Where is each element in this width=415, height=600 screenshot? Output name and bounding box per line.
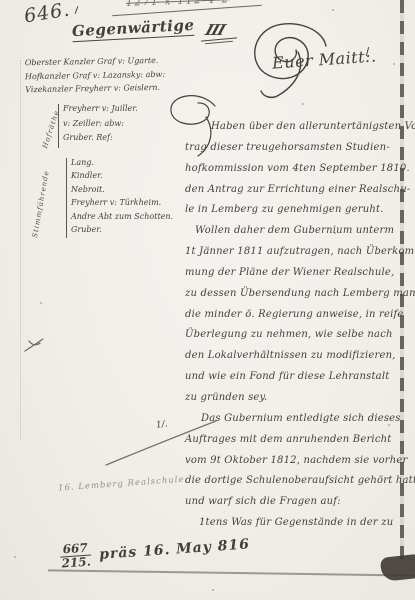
body-line: Wollen daher dem Gubernium unterm xyxy=(195,221,405,242)
body-line: zu dessen Übersendung nach Lemberg man xyxy=(185,284,405,305)
body-line: den Lokalverhältnissen zu modifizieren, xyxy=(185,346,405,367)
margin-label-group2: Stimmführende xyxy=(31,170,51,239)
body-line: Das Gubernium entledigte sich dieses xyxy=(201,409,405,430)
scan-speck xyxy=(40,302,42,304)
margin-check-mark xyxy=(22,334,48,356)
body-line: den Antrag zur Errichtung einer Realschu… xyxy=(185,180,405,201)
attendee-line: v: Zeiller: abw: xyxy=(63,117,138,132)
docket-number: 646. xyxy=(23,0,72,27)
body-line: die dortige Schulenoberaufsicht gehört h… xyxy=(185,471,405,492)
docket-tick-mark xyxy=(75,6,79,14)
body-text-column: Haben über den alleruntertänigsten Vor- … xyxy=(185,117,405,534)
attendee-line: Lang. xyxy=(71,156,173,169)
attendee-line: Gruber. xyxy=(71,223,173,236)
adjacent-page-edge xyxy=(400,0,404,562)
body-line: 1t Jänner 1811 aufzutragen, nach Überkom… xyxy=(185,242,405,263)
body-line: le in Lemberg zu genehmigen geruht. xyxy=(185,200,405,221)
manuscript-page: 1271 x 112-4-2 646. Gegenwärtige III Eue… xyxy=(0,0,415,600)
body-line: Überlegung zu nehmen, wie selbe nach xyxy=(185,325,405,346)
attendee-line: Vizekanzler Freyherr v: Geislern. xyxy=(25,81,165,97)
registry-note: 667 215. präs 16. May 816 xyxy=(59,530,251,570)
body-line: die minder ö. Regierung anweise, in reif… xyxy=(185,305,405,326)
scan-corner-artifact xyxy=(380,554,415,582)
insertion-mark: 1/. xyxy=(155,419,168,431)
registry-fraction: 667 215. xyxy=(59,541,92,570)
body-line: trag dieser treugehorsamsten Studien- xyxy=(185,138,405,159)
section-numeral: III xyxy=(203,21,227,39)
group2-bracket-rule xyxy=(66,158,67,238)
attendee-line: Andre Abt zum Schotten. xyxy=(71,210,173,223)
scan-speck xyxy=(393,63,395,65)
page-heading: Gegenwärtige xyxy=(72,16,195,42)
scan-speck xyxy=(334,232,336,234)
attendee-list-group1: Freyherr v: Juiller. v: Zeiller: abw: Gr… xyxy=(63,102,138,146)
paper-fold-line xyxy=(20,60,22,440)
numeral-underline-second xyxy=(205,41,233,44)
scan-speck xyxy=(212,589,214,591)
scan-speck xyxy=(332,9,334,11)
attendee-list-group2: Lang. Kindler. Nebroit. Freyherr v: Türk… xyxy=(71,156,173,236)
registry-denominator: 215. xyxy=(61,556,91,571)
body-line: und warf sich die Fragen auf: xyxy=(185,492,405,513)
scan-speck xyxy=(388,424,390,426)
attendee-line: Kindler. xyxy=(71,169,173,182)
body-line: zu gründen sey. xyxy=(185,388,405,409)
attendee-line: Freyherr v: Türkheim. xyxy=(71,196,173,209)
body-line: und wie ein Fond für diese Lehranstalt xyxy=(185,367,405,388)
attendee-line: Gruber. Ref: xyxy=(63,131,138,146)
attendee-line: Nebroit. xyxy=(71,183,173,196)
page-bottom-edge-shadow xyxy=(48,569,415,576)
body-line: Haben über den alleruntertänigsten Vor- xyxy=(211,117,405,138)
presentation-date: präs 16. May 816 xyxy=(99,536,251,562)
attendee-list-chancellors: Oberster Kanzler Graf v: Ugarte. Hofkanz… xyxy=(25,54,166,97)
archivist-pencil-note: 16. Lemberg Realschule. xyxy=(58,474,189,493)
scan-speck xyxy=(14,556,16,558)
group1-bracket-rule xyxy=(58,104,59,148)
body-line: hofkommission vom 4ten September 1810. xyxy=(185,159,405,180)
attendee-line: Freyherr v: Juiller. xyxy=(63,102,138,117)
body-line: mung der Pläne der Wiener Realschule, xyxy=(185,263,405,284)
scan-speck xyxy=(302,103,304,105)
